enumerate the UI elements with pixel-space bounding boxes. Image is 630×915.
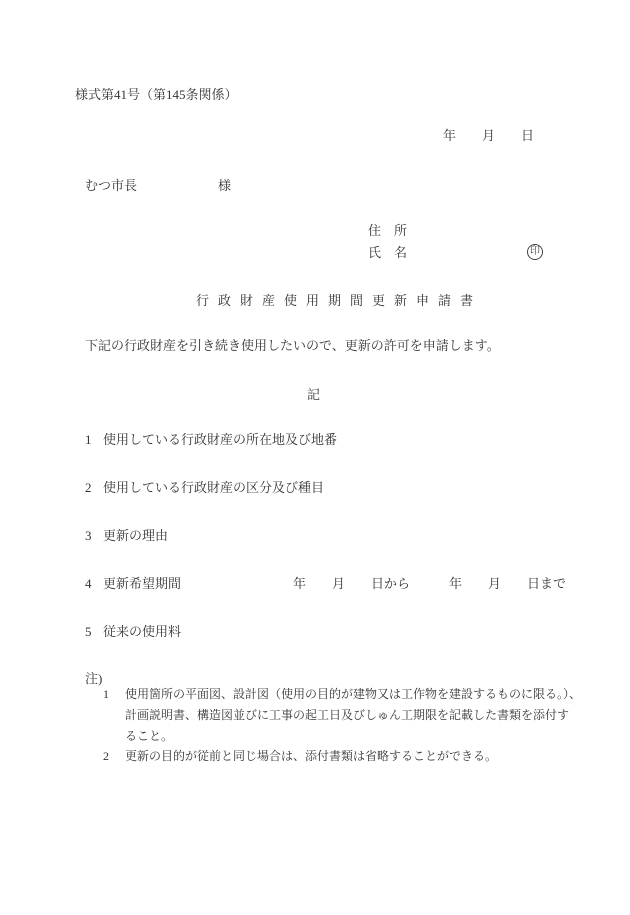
item-3-renewal-reason: 3更新の理由 [85,529,168,542]
item-number: 4 [85,577,103,590]
note-text: 使用箇所の平面図、設計図（使用の目的が建物又は工作物を建設するものに限る。）、 … [125,684,581,747]
address-label: 住 所 [368,224,407,237]
note-line: ること。 [125,726,581,747]
item-number: 5 [85,625,103,638]
date-line: 年 月 日 [443,129,534,142]
addressee-line: むつ市長 様 [85,179,285,192]
period-date-blanks: 年 月 日から 年 月 日まで [293,577,566,590]
note-line: 使用箇所の平面図、設計図（使用の目的が建物又は工作物を建設するものに限る。）、 [125,684,581,705]
item-4-desired-period: 4更新希望期間 年 月 日から 年 月 日まで [85,577,181,590]
item-label: 使用している行政財産の区分及び種目 [103,480,324,495]
application-statement: 下記の行政財産を引き続き使用したいので、更新の許可を申請します。 [85,339,500,352]
item-label: 従来の使用料 [103,624,181,639]
note-number: 1 [103,684,109,705]
addressee-honorific: 様 [218,179,231,192]
item-5-previous-fee: 5従来の使用料 [85,625,181,638]
note-text: 更新の目的が従前と同じ場合は、添付書類は省略することができる。 [125,746,497,767]
note-1-attachments: 1 使用箇所の平面図、設計図（使用の目的が建物又は工作物を建設するものに限る。）… [103,684,581,747]
name-label: 氏 名 [368,246,407,259]
item-label: 更新の理由 [103,528,168,543]
item-1-property-location: 1使用している行政財産の所在地及び地番 [85,433,337,446]
item-number: 2 [85,481,103,494]
note-line: 更新の目的が従前と同じ場合は、添付書類は省略することができる。 [125,746,497,767]
notes-heading: 注) [85,672,102,685]
record-heading: 記 [307,388,320,401]
document-page: 様式第41号（第145条関係） 年 月 日 むつ市長 様 住 所 氏 名 印 行… [0,0,630,915]
item-label: 更新希望期間 [103,576,181,591]
seal-stamp-icon: 印 [527,244,543,260]
item-2-property-category: 2使用している行政財産の区分及び種目 [85,481,324,494]
note-number: 2 [103,746,109,767]
item-number: 3 [85,529,103,542]
addressee-name: むつ市長 [85,178,137,193]
document-title: 行政財産使用期間更新申請書 [196,294,482,307]
item-label: 使用している行政財産の所在地及び地番 [103,432,337,447]
form-number: 様式第41号（第145条関係） [75,88,238,101]
item-number: 1 [85,433,103,446]
note-line: 計画説明書、構造図並びに工事の起工日及びしゅん工期限を記載した書類を添付す [125,705,581,726]
note-2-omission: 2 更新の目的が従前と同じ場合は、添付書類は省略することができる。 [103,746,497,767]
seal-character: 印 [530,247,540,257]
